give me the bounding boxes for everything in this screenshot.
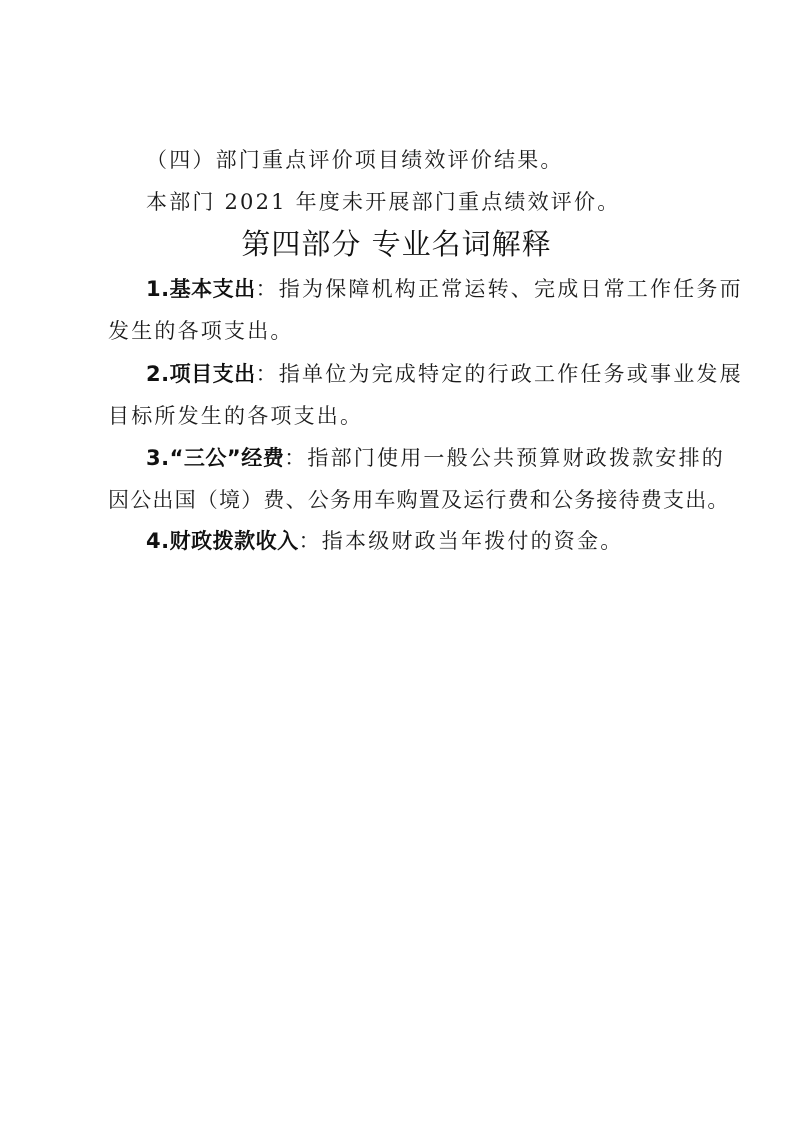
subsection-heading: （四）部门重点评价项目绩效评价结果。	[146, 146, 564, 174]
section-title: 第四部分 专业名词解释	[0, 226, 793, 262]
definition-text: 指为保障机构正常运转、完成日常工作任务而	[279, 277, 743, 301]
definition-text: 指部门使用一般公共预算财政拨款安排的	[307, 446, 725, 470]
definition-text: 指本级财政当年拨付的资金。	[322, 529, 624, 553]
document-page: （四）部门重点评价项目绩效评价结果。 本部门 2021 年度未开展部门重点绩效评…	[0, 0, 793, 1122]
definition-text: 指单位为完成特定的行政工作任务或事业发展	[279, 362, 743, 386]
definition-1-line-2: 发生的各项支出。	[108, 317, 294, 345]
definition-3-line-2: 因公出国（境）费、公务用车购置及运行费和公务接待费支出。	[108, 486, 730, 514]
definition-3-line-1: 3.“三公”经费：指部门使用一般公共预算财政拨款安排的	[146, 444, 725, 472]
definition-term: 3.“三公”经费	[146, 446, 284, 470]
definition-2-line-2: 目标所发生的各项支出。	[108, 402, 363, 430]
definition-term: 1.基本支出	[146, 277, 256, 301]
definition-separator: ：	[284, 446, 307, 470]
definition-1-line-1: 1.基本支出：指为保障机构正常运转、完成日常工作任务而	[146, 275, 743, 303]
definition-4-line-1: 4.财政拨款收入：指本级财政当年拨付的资金。	[146, 527, 623, 555]
definition-separator: ：	[299, 529, 322, 553]
definition-2-line-1: 2.项目支出：指单位为完成特定的行政工作任务或事业发展	[146, 360, 743, 388]
definition-term: 4.财政拨款收入	[146, 529, 299, 553]
definition-separator: ：	[256, 362, 279, 386]
definition-separator: ：	[256, 277, 279, 301]
definition-term: 2.项目支出	[146, 362, 256, 386]
subsection-body: 本部门 2021 年度未开展部门重点绩效评价。	[146, 188, 620, 216]
